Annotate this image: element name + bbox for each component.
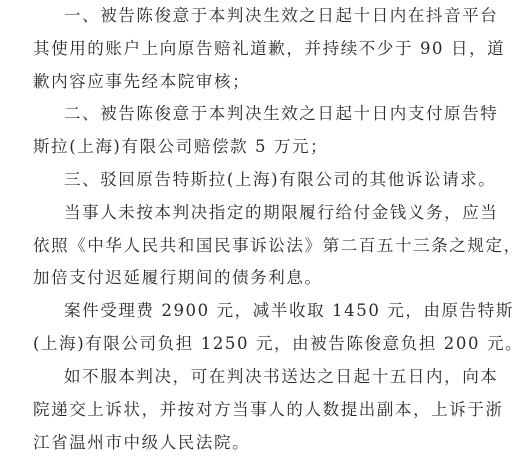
text-line: 其使用的账户上向原告赔礼道歉，并持续不少于 90 日，道 [33, 33, 443, 66]
court-fees: 案件受理费 2900 元，减半收取 1450 元，由原告特斯拉 (上海)有限公司… [33, 295, 443, 361]
judgment-document-page: 一、被告陈俊意于本判决生效之日起十日内在抖音平台 其使用的账户上向原告赔礼道歉，… [0, 0, 514, 468]
text-line: 歉内容应事先经本院审核； [33, 66, 443, 99]
judgment-item-1: 一、被告陈俊意于本判决生效之日起十日内在抖音平台 其使用的账户上向原告赔礼道歉，… [33, 0, 443, 98]
text-line: 加倍支付迟延履行期间的债务利息。 [33, 262, 443, 295]
late-payment-notice: 当事人未按本判决指定的期限履行给付金钱义务，应当 依照《中华人民共和国民事诉讼法… [33, 197, 443, 295]
text-line: 二、被告陈俊意于本判决生效之日起十日内支付原告特 [33, 98, 443, 131]
text-line: 当事人未按本判决指定的期限履行给付金钱义务，应当 [33, 197, 443, 230]
text-line: 斯拉(上海)有限公司赔偿款 5 万元； [33, 131, 443, 164]
text-line: 依照《中华人民共和国民事诉讼法》第二百五十三条之规定， [33, 230, 443, 263]
text-line: 案件受理费 2900 元，减半收取 1450 元，由原告特斯拉 [33, 295, 443, 328]
text-line: (上海)有限公司负担 1250 元，由被告陈俊意负担 200 元。 [33, 328, 443, 361]
text-line: 江省温州市中级人民法院。 [33, 427, 443, 460]
judgment-item-3: 三、驳回原告特斯拉(上海)有限公司的其他诉讼请求。 [33, 164, 443, 197]
appeal-notice: 如不服本判决，可在判决书送达之日起十五日内，向本 院递交上诉状，并按对方当事人的… [33, 361, 443, 459]
text-line: 一、被告陈俊意于本判决生效之日起十日内在抖音平台 [33, 0, 443, 33]
judgment-item-2: 二、被告陈俊意于本判决生效之日起十日内支付原告特 斯拉(上海)有限公司赔偿款 5… [33, 98, 443, 164]
text-line: 三、驳回原告特斯拉(上海)有限公司的其他诉讼请求。 [33, 164, 443, 197]
text-line: 院递交上诉状，并按对方当事人的人数提出副本，上诉于浙 [33, 394, 443, 427]
text-line: 如不服本判决，可在判决书送达之日起十五日内，向本 [33, 361, 443, 394]
